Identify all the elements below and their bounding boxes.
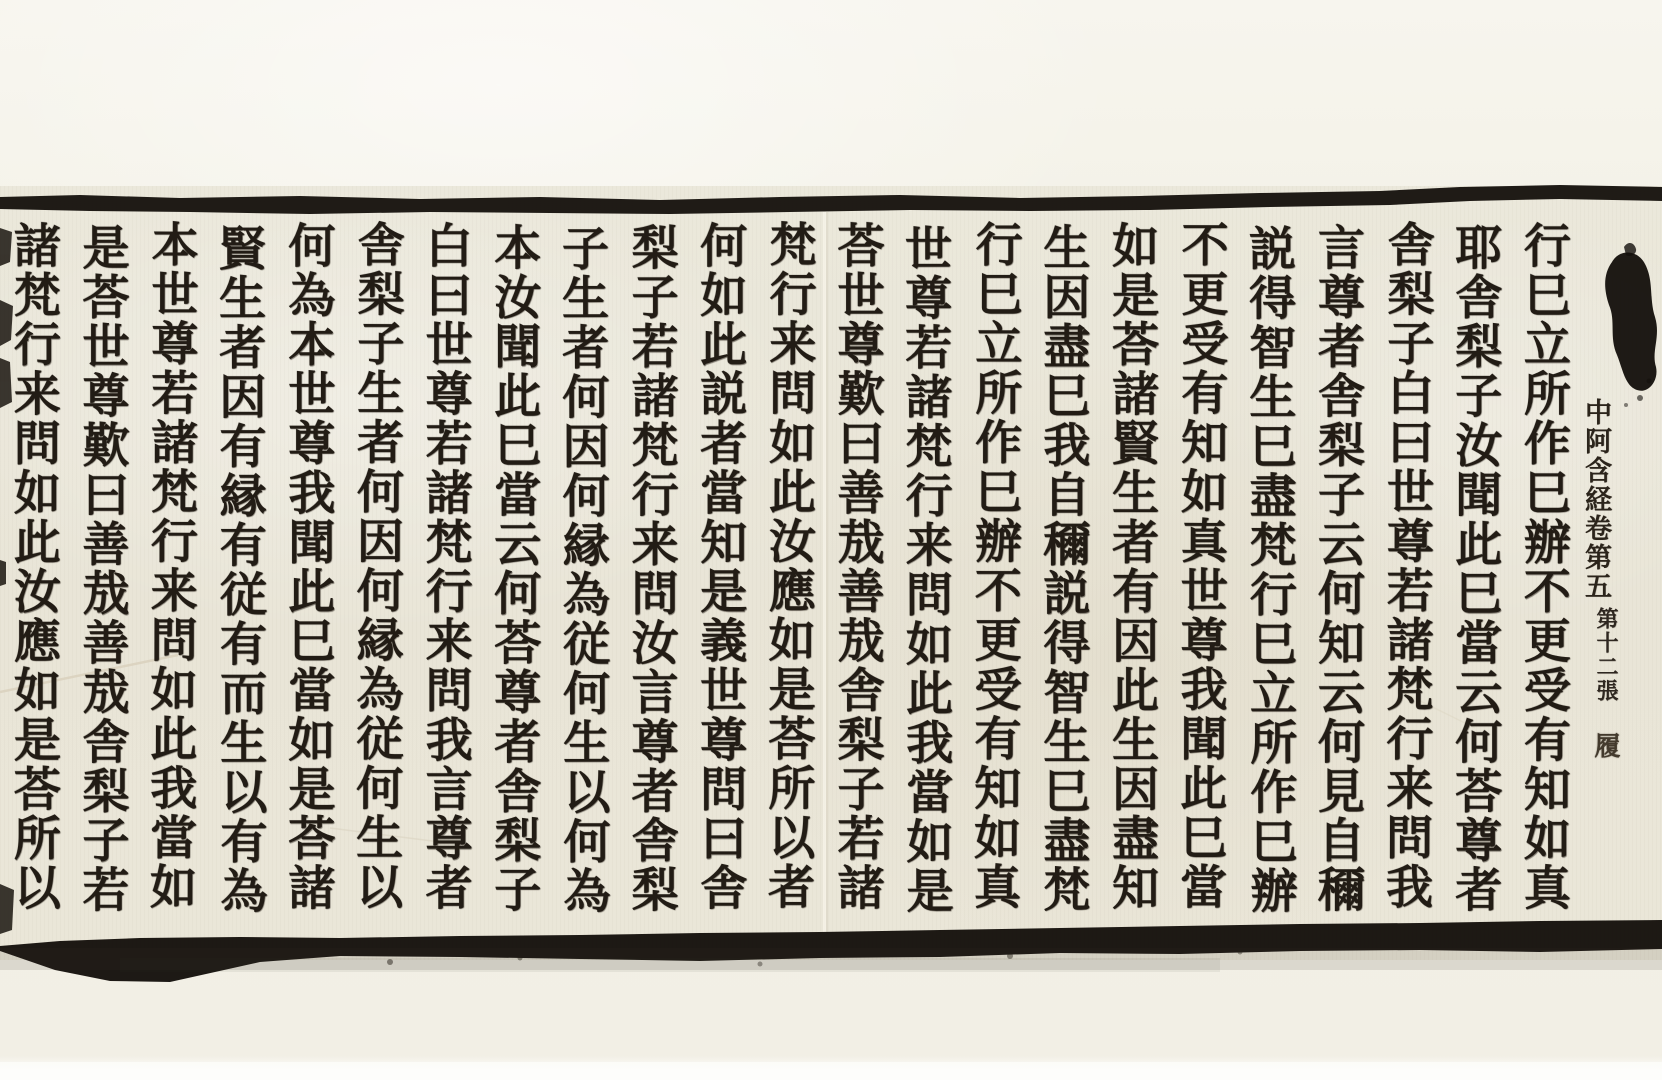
- text-column: 白曰世尊若諸梵行来問我言尊者: [420, 221, 470, 921]
- text-column: 何如此説者當知是義世尊問曰舎: [694, 221, 744, 921]
- sheet-number-label: 第十二張: [1591, 607, 1622, 703]
- top-border: [0, 185, 1662, 214]
- text-column: 如是荅諸賢生者有因此生因盡知: [1106, 221, 1156, 921]
- text-column: 本汝聞此巳當云何荅尊者舎梨子: [488, 223, 538, 923]
- case-mark: 履: [1587, 732, 1624, 758]
- scroll-scan-page: { "scroll": { "title_column": "中阿含経卷第五",…: [0, 0, 1662, 1080]
- text-column: 行巳立所作巳辦不更受有知如真: [1518, 221, 1568, 921]
- scroll-title: 中阿含経卷第五: [1576, 398, 1615, 601]
- text-column: 耶舎梨子汝聞此巳當云何荅尊者: [1449, 223, 1499, 923]
- text-column: 説得智生巳盡梵行巳立所作巳辦: [1243, 224, 1295, 924]
- text-column: 賢生者因有縁有従有而生以有為: [213, 224, 265, 924]
- text-column: 舎梨子白曰世尊若諸梵行来問我: [1380, 220, 1432, 920]
- ink-smudge: [1605, 243, 1657, 407]
- scan-edge: [0, 1056, 1662, 1080]
- text-column: 言尊者舎梨子云何知云何見自穪: [1312, 223, 1362, 923]
- sutra-text-block: 行巳立所作巳辦不更受有知如真 耶舎梨子汝聞此巳當云何荅尊者 舎梨子白曰世尊若諸梵…: [8, 221, 1568, 921]
- text-column: 生因盡巳我自穪説得智生巳盡梵: [1038, 223, 1088, 923]
- text-column: 梨子若諸梵行来問汝言尊者舎梨: [626, 223, 676, 923]
- text-column: 本世尊若諸梵行来問如此我當如: [144, 220, 196, 920]
- text-column: 行巳立所作巳辦不更受有知如真: [968, 220, 1020, 920]
- text-column: 荅世尊歎曰善㦲善㦲舎梨子若諸: [832, 221, 882, 921]
- text-column: 子生者何因何縁為従何生以何為: [556, 224, 608, 924]
- bottom-border-bleed: [0, 948, 1662, 972]
- text-column: 梵行来問如此汝應如是荅所以者: [762, 220, 814, 920]
- text-column: 舎梨子生者何因何縁為従何生以: [350, 220, 402, 920]
- text-column: 諸梵行来問如此汝應如是荅所以: [8, 221, 58, 921]
- text-column: 是荅世尊歎曰善㦲善㦲舎梨子若: [77, 223, 127, 923]
- text-column: 世尊若諸梵行来問如此我當如是: [899, 224, 951, 924]
- text-column: 不更受有知如真世尊我聞此巳當: [1174, 220, 1226, 920]
- text-column: 何為本世尊我聞此巳當如是荅諸: [283, 221, 333, 921]
